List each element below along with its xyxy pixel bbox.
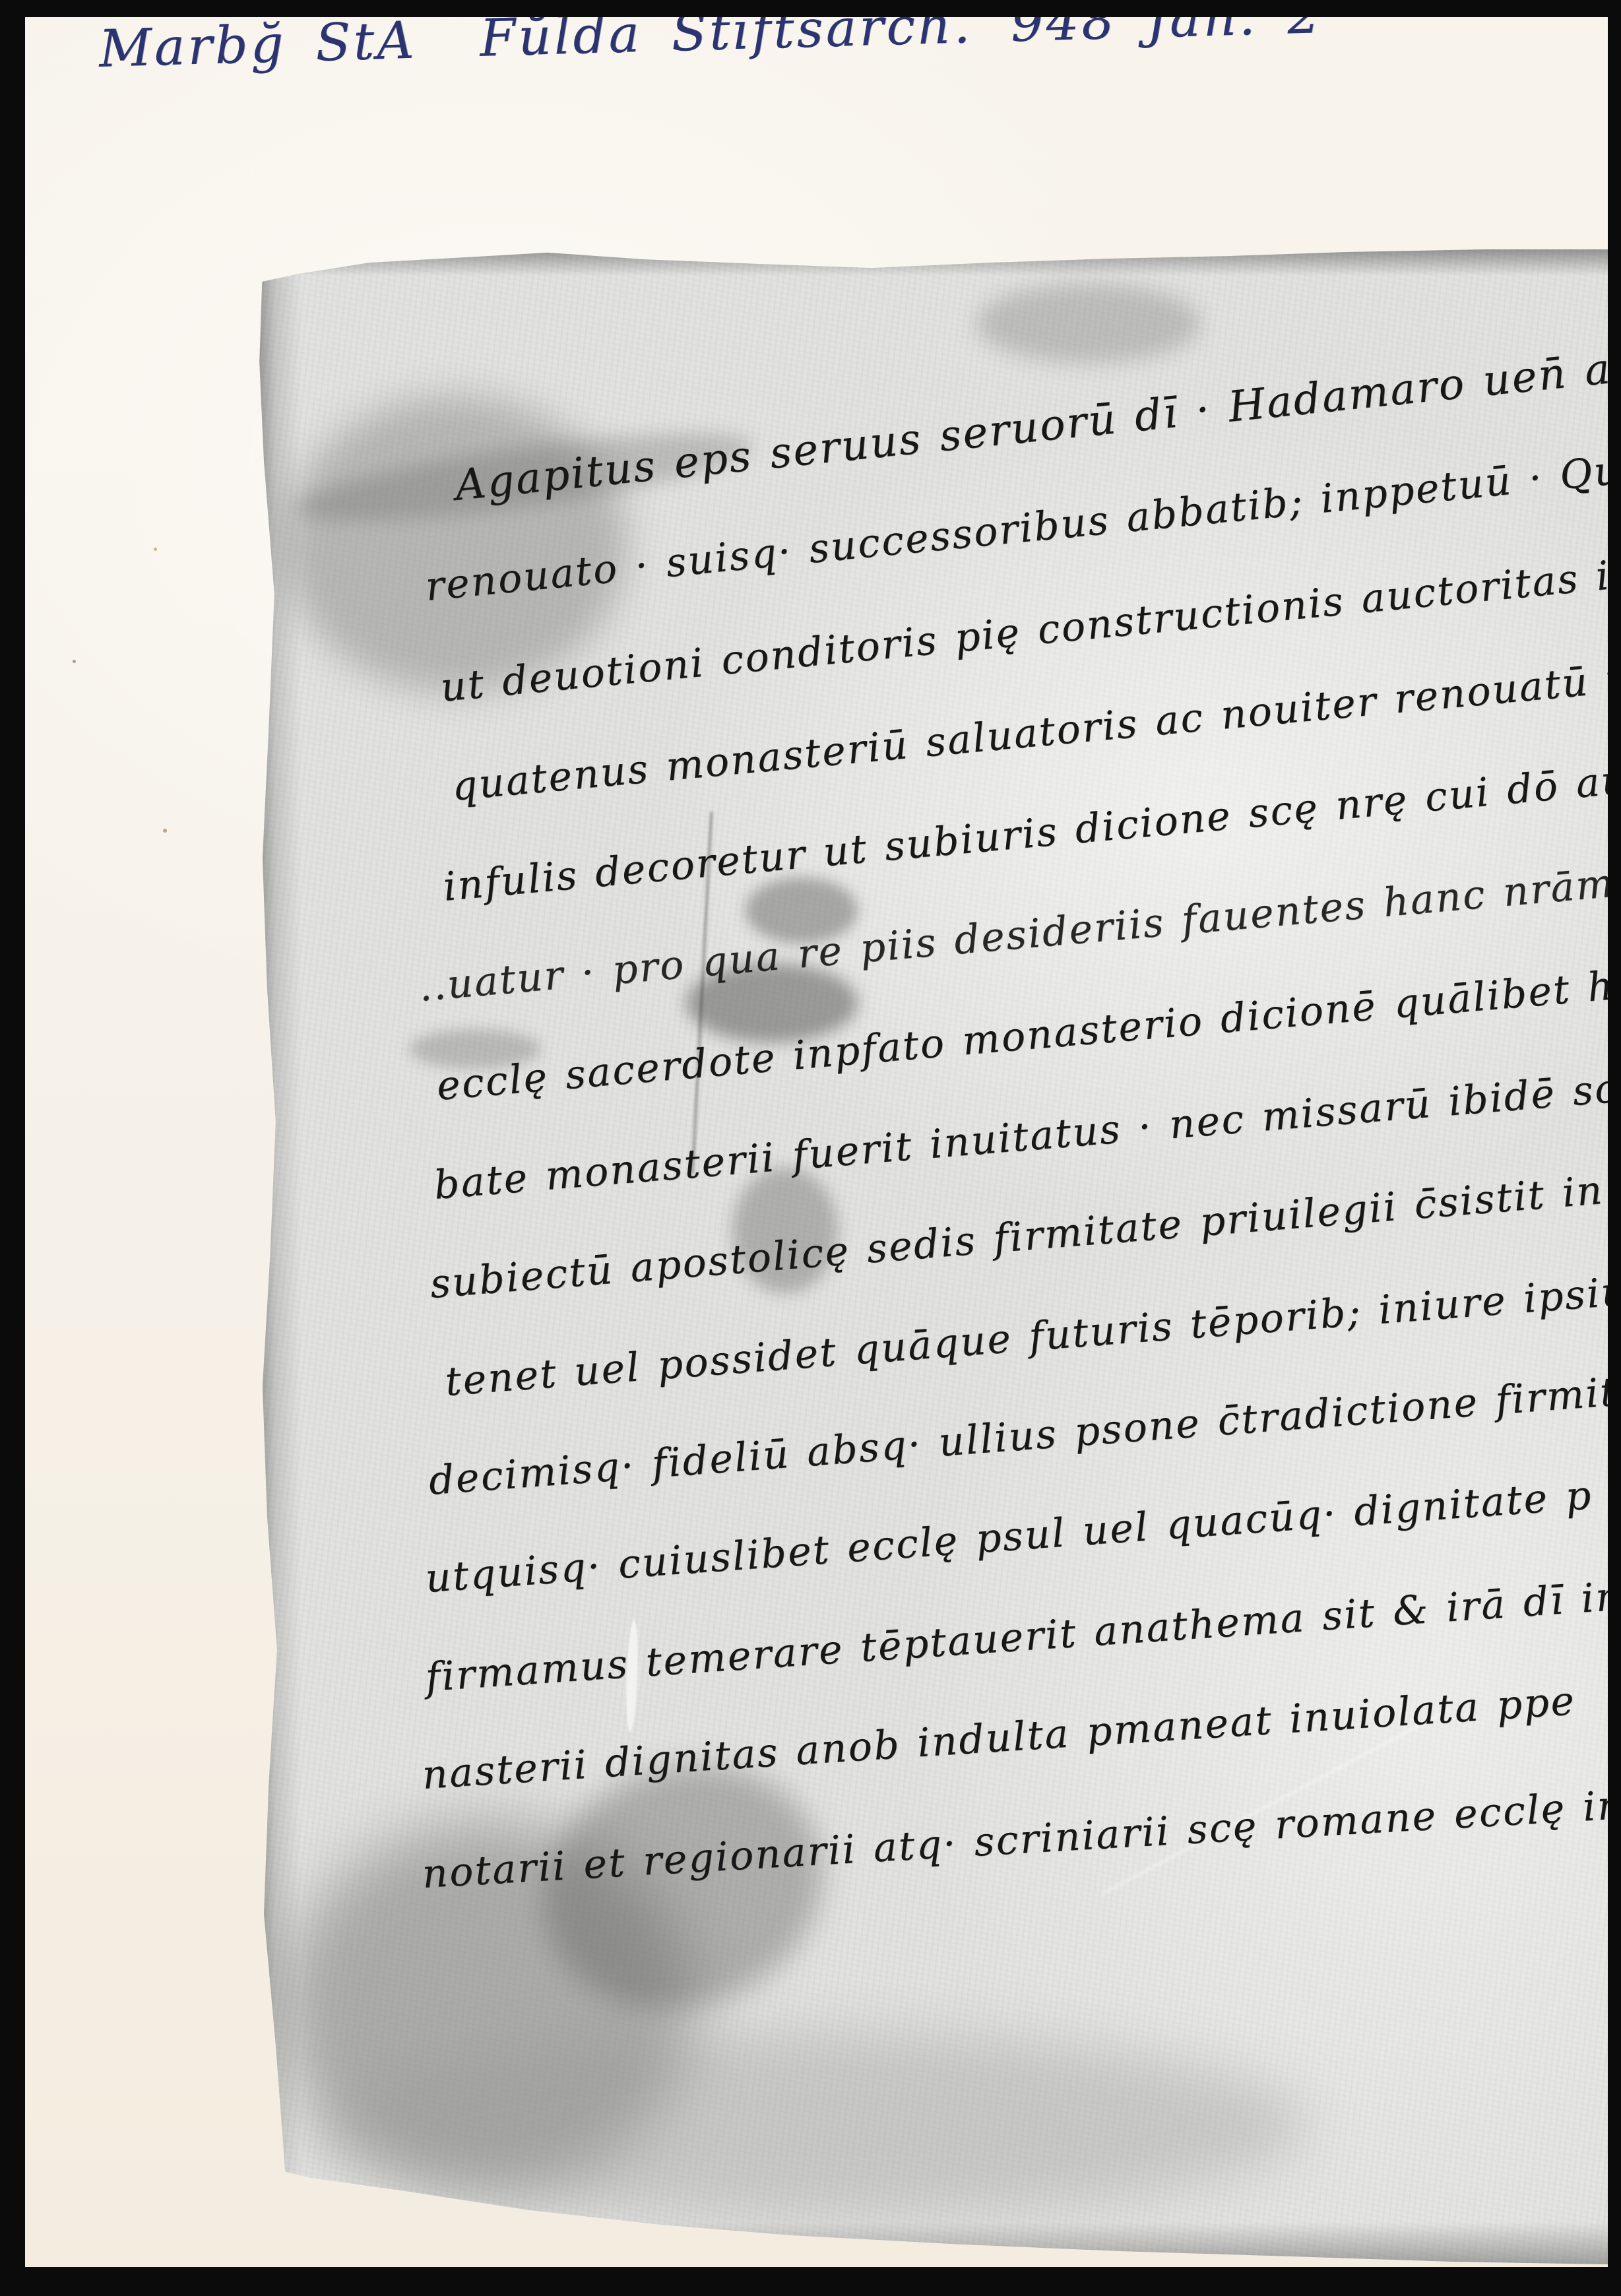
photo-frame: Marbğ StAFŭlda Stiftsarch.948 Jan. 2 <box>0 0 1621 2296</box>
parchment-edge-shadow <box>254 2222 1608 2264</box>
manuscript-line: nasterii dignitas anob indulta pmaneat i… <box>421 1678 1577 1799</box>
annotation-collection: Fŭlda Stiftsarch. <box>479 17 973 69</box>
foxing-speck <box>163 829 167 833</box>
archival-annotation: Marbğ StAFŭlda Stiftsarch.948 Jan. 2 <box>98 17 1323 79</box>
manuscript-line: utquisq· cuiuslibet ecclę psul uel quacū… <box>424 1472 1594 1602</box>
backing-paper: Marbğ StAFŭlda Stiftsarch.948 Jan. 2 <box>25 17 1608 2267</box>
parchment: Agapitus eps seruus seruorū dī · Hadamar… <box>254 249 1608 2264</box>
manuscript-line: firmamus temerare tēptauerit anathema si… <box>424 1572 1608 1701</box>
foxing-speck <box>73 660 76 663</box>
annotation-archive: Marbğ StA <box>98 17 418 79</box>
annotation-date: 948 Jan. 2 <box>1010 17 1323 53</box>
parchment-edge-shadow <box>254 249 1608 276</box>
stain <box>976 284 1201 363</box>
stain <box>317 2032 1306 2217</box>
white-scratch <box>625 1620 639 1732</box>
foxing-speck <box>154 548 157 551</box>
